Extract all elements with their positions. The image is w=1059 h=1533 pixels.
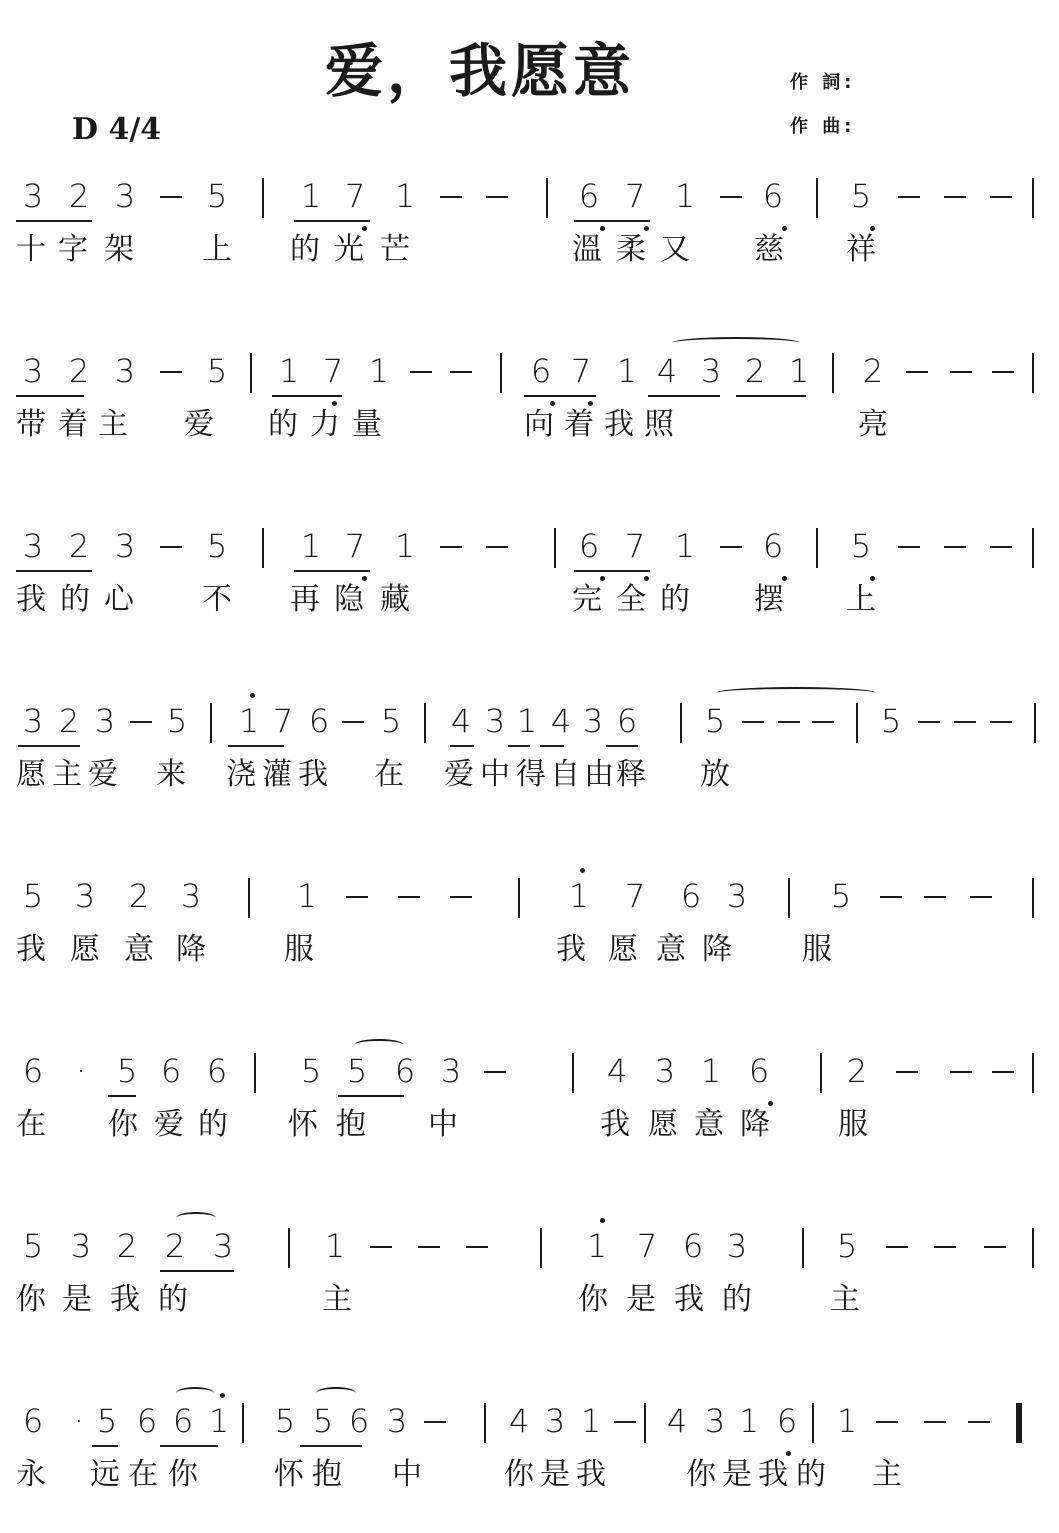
note: 3 [480,701,510,741]
barline [248,878,250,918]
note: 6 [132,1401,162,1441]
barline [1032,178,1034,218]
eighth-underline [648,395,720,397]
score-row: 323517167165十字架上的光芒溫柔又慈祥 [0,170,1059,280]
note: 3 [208,1226,238,1266]
slur-mark [672,337,800,349]
note: 3 [18,701,48,741]
lower-octave-dot [870,226,875,231]
barline [424,703,426,743]
lower-octave-dot [644,226,649,231]
lyric-char: 你 [168,1457,198,1493]
lyric-char: 降 [176,932,206,968]
eighth-underline [300,1445,362,1447]
barline [816,178,818,218]
note: 2 [740,351,770,391]
eighth-underline [450,745,474,747]
note: 2 [858,351,888,391]
lyric-char: 字 [58,232,88,268]
sustain-dash [742,721,764,723]
note: 7 [566,351,596,391]
lyric-char: 自 [550,757,580,793]
lyric-char: 我 [600,1107,630,1143]
barline [1034,703,1036,743]
note: 5 [308,1401,338,1441]
notation-line: 5323117635 [0,870,1059,926]
note: 6 [678,1226,708,1266]
sustain-dash [160,546,182,548]
note: 4 [662,1401,692,1441]
lyric-char: 主 [872,1457,902,1493]
note: 5 [270,1401,300,1441]
note: 3 [176,876,206,916]
note: 5 [202,176,232,216]
lyric-char: 亮 [858,407,888,443]
note: 5 [342,1051,372,1091]
sustain-dash [720,546,742,548]
note: 2 [842,1051,872,1091]
sustain-dash [990,196,1012,198]
sustain-dash [990,546,1012,548]
sustain-dash [992,371,1014,373]
lyricist-label: 作 詞: [790,74,855,92]
barline [546,178,548,218]
final-barline [1016,1403,1022,1443]
lyric-char: 上 [202,232,232,268]
note: 1 [274,351,304,391]
eighth-underline [540,745,564,747]
note: 6 [18,1401,48,1441]
lyric-char: 我 [674,1282,704,1318]
eighth-underline [272,395,342,397]
note: 4 [446,701,476,741]
note: 1 [696,1051,726,1091]
lyric-line: 愿主爱来浇灌我在爱中得自由释放 [0,757,1059,797]
note: 3 [700,1401,730,1441]
note: 7 [340,526,370,566]
sustain-dash [450,896,472,898]
key-time-signature: D 4/4 [72,112,161,147]
sustain-dash [918,721,940,723]
score-row: 323517167165我的心不再隐藏完全的摆上 [0,520,1059,630]
lyric-line: 永远在你怀抱中你是我你是我的主 [0,1457,1059,1497]
sustain-dash [346,896,368,898]
sustain-dash [450,371,472,373]
lower-octave-dot [362,226,367,231]
barline [1032,353,1034,393]
sustain-dash [484,1071,506,1073]
sustain-dash [876,1421,898,1423]
lyric-char: 你 [504,1457,534,1493]
barline [288,1228,290,1268]
lyric-line: 你是我的主你是我的主 [0,1282,1059,1322]
lyric-char: 爱 [444,757,474,793]
note: 1 [296,526,326,566]
note: 4 [602,1051,632,1091]
note: 7 [620,876,650,916]
lyric-char: 抱 [336,1107,366,1143]
sustain-dash [944,546,966,548]
lower-octave-dot [362,576,367,581]
lyric-char: 光 [334,232,364,268]
note: 7 [268,701,298,741]
note: 3 [110,176,140,216]
sustain-dash [418,1246,440,1248]
lyric-char: 降 [740,1107,770,1143]
lyric-char: 服 [284,932,314,968]
note: 5 [826,876,856,916]
lyric-char: 再 [290,582,320,618]
eighth-underline [160,1445,218,1447]
eighth-underline [338,1095,404,1097]
lyric-char: 得 [516,757,546,793]
note: 3 [110,351,140,391]
sustain-dash [130,721,152,723]
note: 1 [204,1401,234,1441]
note: 3 [696,351,726,391]
sustain-dash [934,1246,956,1248]
lyric-char: 浇 [226,757,256,793]
barline [500,353,502,393]
barline [788,878,790,918]
lyric-char: 不 [202,582,232,618]
lyric-char: 由 [584,757,614,793]
sustain-dash [954,721,976,723]
note: 3 [578,701,608,741]
note: 1 [364,351,394,391]
lyric-char: 中 [480,757,510,793]
lyric-char: 的 [268,407,298,443]
lyric-char: 放 [700,757,730,793]
lyric-char: 服 [802,932,832,968]
note: 3 [436,1051,466,1091]
sustain-dash [486,196,508,198]
note: 6 [18,1051,48,1091]
lyric-char: 释 [616,757,646,793]
note: 6 [758,176,788,216]
note: 6 [772,1401,802,1441]
lyric-char: 祥 [846,232,876,268]
lyric-char: 带 [16,407,46,443]
slur-mark [354,1039,404,1051]
note: 1 [512,701,542,741]
eighth-underline [228,745,284,747]
dot-extension: · [64,1401,94,1441]
lower-octave-dot [870,576,875,581]
sustain-dash [880,896,902,898]
lyric-char: 我 [604,407,634,443]
note: 1 [234,701,264,741]
slur-mark [176,1387,214,1399]
note: 7 [620,526,650,566]
eighth-underline [524,395,596,397]
note: 1 [670,526,700,566]
barline [832,353,834,393]
slur-mark [716,687,876,699]
lyric-char: 愿 [648,1107,678,1143]
lyric-char: 你 [578,1282,608,1318]
lyric-char: 芒 [380,232,410,268]
note: 5 [876,701,906,741]
note: 2 [54,701,84,741]
lyric-char: 我 [758,1457,788,1493]
lyric-char: 的 [722,1282,752,1318]
note: 2 [160,1226,190,1266]
lyric-char: 服 [838,1107,868,1143]
lyric-char: 照 [644,407,674,443]
note: 6 [526,351,556,391]
note: 5 [92,1401,122,1441]
barline [254,1053,256,1093]
lyric-line: 十字架上的光芒溫柔又慈祥 [0,232,1059,272]
barline [250,353,252,393]
lyric-char: 愿 [16,757,46,793]
note: 6 [574,176,604,216]
sustain-dash [424,1421,446,1423]
sustain-dash [720,196,742,198]
note: 5 [202,351,232,391]
lyric-char: 在 [128,1457,158,1493]
note: 6 [344,1401,374,1441]
lower-octave-dot [782,226,787,231]
sustain-dash [614,1421,636,1423]
lyric-char: 心 [104,582,134,618]
composer-label: 作 曲: [790,118,855,136]
sustain-dash [466,1246,488,1248]
sustain-dash [968,1421,990,1423]
sustain-dash [984,1246,1006,1248]
lyric-char: 意 [694,1107,724,1143]
note: 6 [574,526,604,566]
notation-line: 323517167165 [0,170,1059,226]
lyric-char: 着 [564,407,594,443]
lyric-line: 在你爱的怀抱中我愿意降服 [0,1107,1059,1147]
barline [816,528,818,568]
lyric-char: 的 [796,1457,826,1493]
sustain-dash [896,1071,918,1073]
dot-extension: · [66,1051,96,1091]
barline [484,1403,486,1443]
lyric-char: 的 [660,582,690,618]
note: 2 [124,876,154,916]
lyric-char: 永 [16,1457,46,1493]
note: 3 [70,876,100,916]
barline [856,703,858,743]
note: 3 [722,1226,752,1266]
lyric-char: 愿 [608,932,638,968]
note: 5 [296,1051,326,1091]
eighth-underline [606,745,638,747]
score-row: 53223117635你是我的主你是我的主 [0,1220,1059,1330]
barline [1032,1053,1034,1093]
lyric-char: 爱 [184,407,214,443]
lyric-char: 我 [16,582,46,618]
score-row: 6·5661556343143161永远在你怀抱中你是我你是我的主 [0,1395,1059,1505]
note: 6 [156,1051,186,1091]
score-row: 3235176543143655愿主爱来浇灌我在爱中得自由释放 [0,695,1059,805]
lyric-char: 主 [830,1282,860,1318]
note: 3 [650,1051,680,1091]
barline [1032,528,1034,568]
note: 1 [292,876,322,916]
sustain-dash [898,196,920,198]
note: 6 [168,1401,198,1441]
lyric-char: 怀 [288,1107,318,1143]
eighth-underline [508,745,530,747]
lyric-char: 怀 [274,1457,304,1493]
note: 3 [18,351,48,391]
lyric-char: 是 [626,1282,656,1318]
note: 5 [832,1226,862,1266]
note: 3 [722,876,752,916]
notation-line: 53223117635 [0,1220,1059,1276]
sustain-dash [342,721,364,723]
notation-line: 323517167143212 [0,345,1059,401]
note: 3 [18,526,48,566]
upper-octave-dot [600,1218,605,1223]
lyric-char: 向 [524,407,554,443]
note: 7 [632,1226,662,1266]
lyric-char: 十 [16,232,46,268]
sustain-dash [812,721,834,723]
eighth-underline [18,745,80,747]
barline [1032,878,1034,918]
sustain-dash [992,1071,1014,1073]
note: 5 [376,701,406,741]
lyric-char: 爱 [88,757,118,793]
lower-octave-dot [600,226,605,231]
notation-line: 3235176543143655 [0,695,1059,751]
sustain-dash [886,1246,908,1248]
sustain-dash [440,546,462,548]
upper-octave-dot [250,693,255,698]
note: 7 [318,351,348,391]
eighth-underline [294,570,370,572]
note: 1 [320,1226,350,1266]
eighth-underline [294,220,370,222]
lower-octave-dot [332,401,337,406]
sustain-dash [898,546,920,548]
note: 7 [340,176,370,216]
note: 1 [784,351,814,391]
lyric-char: 上 [846,582,876,618]
sustain-dash [944,196,966,198]
note: 5 [162,701,192,741]
sustain-dash [924,1421,946,1423]
lyric-char: 主 [322,1282,352,1318]
lower-octave-dot [782,576,787,581]
barline [242,1403,244,1443]
lyric-char: 愿 [70,932,100,968]
lower-octave-dot [786,1451,791,1456]
barline [812,1403,814,1443]
note: 3 [90,701,120,741]
note: 3 [540,1401,570,1441]
lyric-char: 的 [198,1107,228,1143]
lyric-char: 架 [104,232,134,268]
lyric-char: 我 [16,932,46,968]
note: 3 [382,1401,412,1441]
barline [680,703,682,743]
note: 3 [110,526,140,566]
upper-octave-dot [580,868,585,873]
barline [802,1228,804,1268]
note: 1 [582,1226,612,1266]
lyric-char: 你 [686,1457,716,1493]
eighth-underline [92,1445,118,1447]
lyric-char: 你 [16,1282,46,1318]
note: 2 [64,176,94,216]
lyric-char: 溫 [572,232,602,268]
sustain-dash [950,371,972,373]
note: 6 [390,1051,420,1091]
note: 5 [202,526,232,566]
note: 7 [620,176,650,216]
lyric-char: 你 [108,1107,138,1143]
sustain-dash [990,721,1012,723]
note: 5 [18,1226,48,1266]
barline [518,878,520,918]
barline [572,1053,574,1093]
barline [210,703,212,743]
score-row: 5323117635我愿意降服我愿意降服 [0,870,1059,980]
note: 3 [18,176,48,216]
note: 1 [390,176,420,216]
score-row: 6·566556343162在你爱的怀抱中我愿意降服 [0,1045,1059,1155]
lyric-char: 意 [656,932,686,968]
lower-octave-dot [550,401,555,406]
lyric-char: 我 [298,757,328,793]
sustain-dash [398,896,420,898]
barline [820,1053,822,1093]
sustain-dash [486,546,508,548]
note: 6 [758,526,788,566]
lyric-char: 的 [60,582,90,618]
eighth-underline [108,1095,136,1097]
note: 4 [546,701,576,741]
lyric-char: 中 [392,1457,422,1493]
lower-octave-dot [768,1101,773,1106]
eighth-underline [574,570,650,572]
note: 2 [112,1226,142,1266]
note: 6 [304,701,334,741]
lyric-char: 我 [110,1282,140,1318]
score-row: 323517167143212带着主爱的力量向着我照亮 [0,345,1059,455]
sustain-dash [370,1246,392,1248]
lyric-char: 着 [58,407,88,443]
barline [262,178,264,218]
eighth-underline [160,1270,234,1272]
eighth-underline [574,220,650,222]
note: 3 [66,1226,96,1266]
eighth-underline [736,395,806,397]
note: 1 [576,1401,606,1441]
lyric-char: 主 [98,407,128,443]
note: 4 [652,351,682,391]
lyric-char: 藏 [380,582,410,618]
sustain-dash [160,371,182,373]
note: 5 [846,526,876,566]
note: 1 [734,1401,764,1441]
lyric-char: 灌 [262,757,292,793]
lyric-char: 爱 [154,1107,184,1143]
note: 4 [504,1401,534,1441]
note: 1 [832,1401,862,1441]
lyric-char: 来 [156,757,186,793]
lyric-char: 意 [124,932,154,968]
slur-mark [176,1212,216,1224]
note: 1 [670,176,700,216]
